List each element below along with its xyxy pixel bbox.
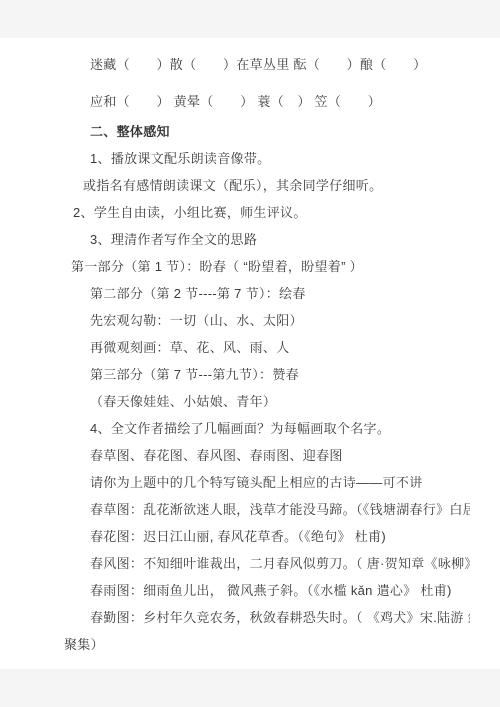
document-page: 迷藏（ ）散（ ）在草丛里 酝（ ）酿（ ） 应和（ ） 黄晕（ ） 蓑（ ） …: [0, 38, 500, 669]
text-line-poem-chunfeng: 春风图：不知细叶谁裁出，二月春风似剪刀。（ 唐·贺知章《咏柳》 ）: [90, 557, 470, 571]
text-line: 请你为上题中的几个特写镜头配上相应的古诗——可不讲: [90, 476, 470, 490]
text-line-part-1: 第一部分（第 1 节）：盼春（ “盼望着，盼望着” ）: [71, 260, 470, 274]
text-line: 3、理清作者写作全文的思路: [90, 233, 470, 247]
text-line-pinyin-blanks-1: 迷藏（ ）散（ ）在草丛里 酝（ ）酿（ ）: [90, 58, 470, 72]
section-heading: 二、整体感知: [90, 125, 470, 139]
text-line: 或指名有感情朗读课文（配乐），其余同学仔细听。: [83, 179, 470, 193]
text-line: 4、全文作者描绘了几幅画面？为每幅画取个名字。: [90, 422, 470, 436]
text-line-poem-caocao: 春草图：乱花渐欲迷人眼，浅草才能没马蹄。（《钱塘湖春行》白居易）: [90, 503, 470, 517]
text-line-part-3: 第三部分（第 7 节---第九节）：赞春: [90, 368, 470, 382]
text-line-pinyin-blanks-2: 应和（ ） 黄晕（ ） 蓑（ ） 笠（ ）: [90, 95, 470, 109]
text-line: 春草图、春花图、春风图、春雨图、迎春图: [90, 449, 470, 463]
text-line: （春天像娃娃、小姑娘、青年）: [90, 395, 470, 409]
text-line: 2、学生自由读，小组比赛，师生评议。: [73, 206, 470, 220]
text-line: 1、播放课文配乐朗读音像带。: [90, 152, 470, 166]
text-line-poem-chunqin: 春勤图：乡村年久竞农务，秋敛春耕恐失时。（ 《鸡犬》宋.陆游 敛 liǎn,: [90, 611, 470, 625]
page-background: 迷藏（ ）散（ ）在草丛里 酝（ ）酿（ ） 应和（ ） 黄晕（ ） 蓑（ ） …: [0, 0, 500, 707]
text-line: 先宏观勾勒：一切（山、水、太阳）: [90, 314, 470, 328]
text-line-poem-chunyu: 春雨图：细雨鱼儿出， 微风燕子斜。（《水槛 kǎn 遣心》 杜甫): [90, 584, 470, 598]
text-line: 再微观刻画：草、花、风、雨、人: [90, 341, 470, 355]
text-line-poem-chunhua: 春花图：迟日江山丽, 春风花草香。（《绝句》 杜甫): [90, 530, 470, 544]
text-line-continuation: 聚集）: [64, 638, 470, 652]
text-line-part-2: 第二部分（第 2 节----第 7 节）：绘春: [90, 287, 470, 301]
